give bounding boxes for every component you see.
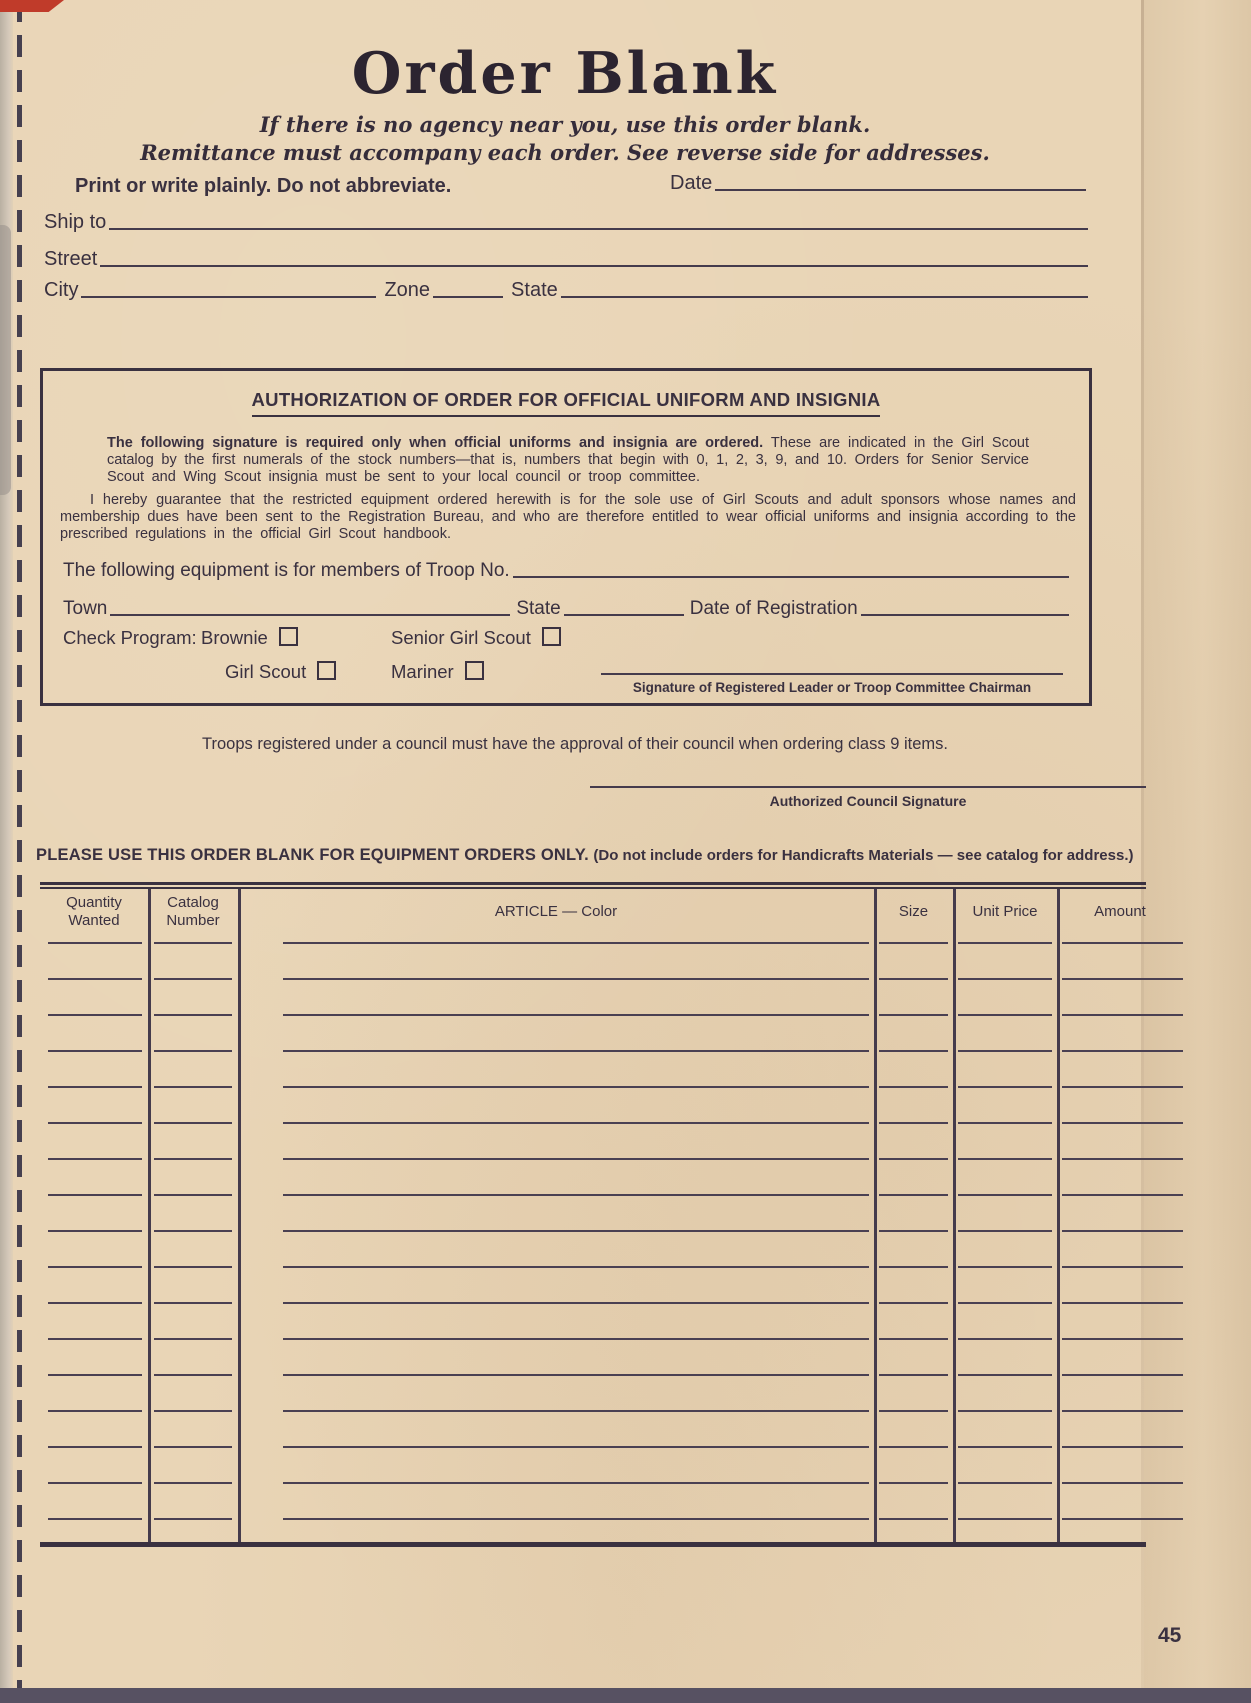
size-write-line[interactable] bbox=[879, 1302, 948, 1304]
program-girl-scout-label: Girl Scout bbox=[225, 661, 306, 682]
amount-write-line[interactable] bbox=[1062, 1050, 1183, 1052]
quantity-write-line[interactable] bbox=[48, 1194, 142, 1196]
authorization-paragraph-1-bold: The following signature is required only… bbox=[107, 435, 763, 451]
size-write-line[interactable] bbox=[879, 1266, 948, 1268]
unit-price-write-line[interactable] bbox=[958, 1050, 1052, 1052]
authorization-paragraph-2: I hereby guarantee that the restricted e… bbox=[60, 492, 1076, 543]
council-signature-block: Authorized Council Signature bbox=[590, 770, 1146, 809]
catalog-write-line[interactable] bbox=[154, 1410, 232, 1412]
article-write-line[interactable] bbox=[283, 1122, 869, 1124]
quantity-write-line[interactable] bbox=[48, 1014, 142, 1016]
unit-price-write-line[interactable] bbox=[958, 1194, 1052, 1196]
size-write-line[interactable] bbox=[879, 1014, 948, 1016]
authorization-box: AUTHORIZATION OF ORDER FOR OFFICIAL UNIF… bbox=[40, 368, 1092, 706]
article-write-line[interactable] bbox=[283, 1014, 869, 1016]
size-write-line[interactable] bbox=[879, 1338, 948, 1340]
quantity-write-line[interactable] bbox=[48, 1158, 142, 1160]
unit-price-write-line[interactable] bbox=[958, 1518, 1052, 1520]
size-write-line[interactable] bbox=[879, 978, 948, 980]
amount-write-line[interactable] bbox=[1062, 1518, 1183, 1520]
troop-number-label: The following equipment is for members o… bbox=[63, 561, 510, 581]
leader-signature-line[interactable] bbox=[601, 665, 1063, 675]
program-mariner-label: Mariner bbox=[391, 661, 454, 682]
size-write-line[interactable] bbox=[879, 1410, 948, 1412]
city-label: City bbox=[44, 280, 78, 301]
amount-write-line[interactable] bbox=[1062, 1338, 1183, 1340]
quantity-write-line[interactable] bbox=[48, 1266, 142, 1268]
paper-edge-shadow bbox=[0, 225, 11, 495]
quantity-write-line[interactable] bbox=[48, 1050, 142, 1052]
column-header-article: ARTICLE — Color bbox=[238, 903, 874, 921]
equipment-only-notice: PLEASE USE THIS ORDER BLANK FOR EQUIPMEN… bbox=[36, 846, 1176, 865]
amount-write-line[interactable] bbox=[1062, 1374, 1183, 1376]
article-write-line[interactable] bbox=[283, 1338, 869, 1340]
ship-to-label: Ship to bbox=[44, 212, 106, 233]
zone-input-line[interactable] bbox=[433, 296, 503, 298]
catalog-write-line[interactable] bbox=[154, 1230, 232, 1232]
article-write-line[interactable] bbox=[283, 1410, 869, 1412]
catalog-write-line[interactable] bbox=[154, 1014, 232, 1016]
order-blank-page: Order Blank If there is no agency near y… bbox=[0, 0, 1251, 1703]
catalog-write-line[interactable] bbox=[154, 978, 232, 980]
column-divider bbox=[1057, 889, 1060, 1542]
quantity-write-line[interactable] bbox=[48, 978, 142, 980]
quantity-write-line[interactable] bbox=[48, 942, 142, 944]
catalog-write-line[interactable] bbox=[154, 1374, 232, 1376]
state-label: State bbox=[511, 280, 558, 301]
catalog-write-line[interactable] bbox=[154, 942, 232, 944]
size-write-line[interactable] bbox=[879, 1194, 948, 1196]
quantity-write-line[interactable] bbox=[48, 1302, 142, 1304]
catalog-write-line[interactable] bbox=[154, 1266, 232, 1268]
size-write-line[interactable] bbox=[879, 1518, 948, 1520]
article-write-line[interactable] bbox=[283, 1194, 869, 1196]
red-corner-accent bbox=[0, 0, 64, 12]
column-divider bbox=[238, 889, 241, 1542]
unit-price-write-line[interactable] bbox=[958, 942, 1052, 944]
size-write-line[interactable] bbox=[879, 1230, 948, 1232]
page-number: 45 bbox=[1158, 1624, 1181, 1648]
registration-date-input-line[interactable] bbox=[861, 614, 1069, 616]
equipment-only-notice-main: PLEASE USE THIS ORDER BLANK FOR EQUIPMEN… bbox=[36, 846, 589, 864]
catalog-write-line[interactable] bbox=[154, 1518, 232, 1520]
unit-price-write-line[interactable] bbox=[958, 1374, 1052, 1376]
date-input-line[interactable] bbox=[715, 189, 1086, 191]
town-label: Town bbox=[63, 599, 107, 619]
quantity-write-line[interactable] bbox=[48, 1518, 142, 1520]
article-write-line[interactable] bbox=[283, 942, 869, 944]
amount-write-line[interactable] bbox=[1062, 1230, 1183, 1232]
column-header-amount: Amount bbox=[1057, 903, 1183, 921]
equipment-only-notice-paren: (Do not include orders for Handicrafts M… bbox=[593, 847, 1133, 864]
amount-write-line[interactable] bbox=[1062, 1158, 1183, 1160]
quantity-write-line[interactable] bbox=[48, 1122, 142, 1124]
catalog-write-line[interactable] bbox=[154, 1122, 232, 1124]
troop-state-input-line[interactable] bbox=[564, 614, 684, 616]
unit-price-write-line[interactable] bbox=[958, 1410, 1052, 1412]
troop-number-input-line[interactable] bbox=[513, 576, 1069, 578]
article-write-line[interactable] bbox=[283, 1158, 869, 1160]
town-input-line[interactable] bbox=[110, 614, 510, 616]
column-header-catalog: CatalogNumber bbox=[148, 894, 238, 930]
amount-write-line[interactable] bbox=[1062, 1194, 1183, 1196]
amount-write-line[interactable] bbox=[1062, 1122, 1183, 1124]
mariner-checkbox[interactable] bbox=[465, 661, 484, 680]
table-top-rule bbox=[40, 882, 1146, 889]
subtitle-line-2: Remittance must accompany each order. Se… bbox=[0, 140, 1130, 165]
size-write-line[interactable] bbox=[879, 1050, 948, 1052]
print-plainly-instruction: Print or write plainly. Do not abbreviat… bbox=[75, 176, 451, 197]
page-title: Order Blank bbox=[0, 40, 1130, 107]
size-write-line[interactable] bbox=[879, 942, 948, 944]
catalog-write-line[interactable] bbox=[154, 1482, 232, 1484]
council-approval-note: Troops registered under a council must h… bbox=[60, 735, 1090, 754]
column-divider bbox=[148, 889, 151, 1542]
catalog-write-line[interactable] bbox=[154, 1158, 232, 1160]
column-header-unit-price: Unit Price bbox=[953, 903, 1057, 921]
quantity-write-line[interactable] bbox=[48, 1446, 142, 1448]
unit-price-write-line[interactable] bbox=[958, 978, 1052, 980]
size-write-line[interactable] bbox=[879, 1446, 948, 1448]
brownie-checkbox[interactable] bbox=[279, 627, 298, 646]
subtitle-line-1: If there is no agency near you, use this… bbox=[0, 112, 1130, 137]
check-program-label: Check Program: bbox=[63, 627, 197, 649]
council-signature-caption: Authorized Council Signature bbox=[590, 793, 1146, 809]
column-divider bbox=[874, 889, 877, 1542]
unit-price-write-line[interactable] bbox=[958, 1014, 1052, 1016]
amount-write-line[interactable] bbox=[1062, 1266, 1183, 1268]
quantity-write-line[interactable] bbox=[48, 1482, 142, 1484]
amount-write-line[interactable] bbox=[1062, 978, 1183, 980]
article-write-line[interactable] bbox=[283, 978, 869, 980]
unit-price-write-line[interactable] bbox=[958, 1338, 1052, 1340]
amount-write-line[interactable] bbox=[1062, 1302, 1183, 1304]
article-write-line[interactable] bbox=[283, 1518, 869, 1520]
order-table: QuantityWanted CatalogNumber ARTICLE — C… bbox=[40, 882, 1146, 1550]
catalog-write-line[interactable] bbox=[154, 1302, 232, 1304]
authorization-heading: AUTHORIZATION OF ORDER FOR OFFICIAL UNIF… bbox=[252, 389, 881, 417]
article-write-line[interactable] bbox=[283, 1446, 869, 1448]
city-input-line[interactable] bbox=[81, 296, 376, 298]
authorization-paragraph-1: The following signature is required only… bbox=[107, 435, 1029, 486]
registration-date-label: Date of Registration bbox=[690, 599, 858, 619]
size-write-line[interactable] bbox=[879, 1158, 948, 1160]
article-write-line[interactable] bbox=[283, 1302, 869, 1304]
scan-bottom-band bbox=[0, 1688, 1251, 1703]
article-write-line[interactable] bbox=[283, 1050, 869, 1052]
girl-scout-checkbox[interactable] bbox=[317, 661, 336, 680]
catalog-write-line[interactable] bbox=[154, 1338, 232, 1340]
catalog-write-line[interactable] bbox=[154, 1194, 232, 1196]
unit-price-write-line[interactable] bbox=[958, 1266, 1052, 1268]
amount-write-line[interactable] bbox=[1062, 1446, 1183, 1448]
state-input-line[interactable] bbox=[561, 296, 1088, 298]
unit-price-write-line[interactable] bbox=[958, 1158, 1052, 1160]
unit-price-write-line[interactable] bbox=[958, 1086, 1052, 1088]
amount-write-line[interactable] bbox=[1062, 1410, 1183, 1412]
program-mariner-item: Mariner bbox=[391, 661, 484, 683]
council-signature-line[interactable] bbox=[590, 770, 1146, 788]
program-brownie-item: Brownie bbox=[201, 627, 298, 649]
size-write-line[interactable] bbox=[879, 1122, 948, 1124]
program-brownie-label: Brownie bbox=[201, 627, 268, 648]
quantity-write-line[interactable] bbox=[48, 1374, 142, 1376]
unit-price-write-line[interactable] bbox=[958, 1302, 1052, 1304]
perforation-dash-line bbox=[17, 0, 22, 1703]
street-label: Street bbox=[44, 249, 97, 270]
catalog-write-line[interactable] bbox=[154, 1086, 232, 1088]
unit-price-write-line[interactable] bbox=[958, 1482, 1052, 1484]
column-header-quantity: QuantityWanted bbox=[40, 894, 148, 930]
amount-write-line[interactable] bbox=[1062, 1086, 1183, 1088]
unit-price-write-line[interactable] bbox=[958, 1446, 1052, 1448]
article-write-line[interactable] bbox=[283, 1230, 869, 1232]
column-header-size: Size bbox=[874, 903, 953, 921]
quantity-write-line[interactable] bbox=[48, 1338, 142, 1340]
leader-signature-caption: Signature of Registered Leader or Troop … bbox=[601, 680, 1063, 695]
program-senior-label: Senior Girl Scout bbox=[391, 627, 531, 648]
catalog-write-line[interactable] bbox=[154, 1446, 232, 1448]
quantity-write-line[interactable] bbox=[48, 1086, 142, 1088]
zone-label: Zone bbox=[384, 280, 430, 301]
date-label: Date bbox=[670, 173, 712, 194]
ship-to-input-line[interactable] bbox=[109, 228, 1088, 230]
quantity-write-line[interactable] bbox=[48, 1230, 142, 1232]
catalog-write-line[interactable] bbox=[154, 1050, 232, 1052]
article-write-line[interactable] bbox=[283, 1374, 869, 1376]
amount-write-line[interactable] bbox=[1062, 1482, 1183, 1484]
size-write-line[interactable] bbox=[879, 1374, 948, 1376]
column-divider bbox=[953, 889, 956, 1542]
program-senior-item: Senior Girl Scout bbox=[391, 627, 561, 649]
unit-price-write-line[interactable] bbox=[958, 1122, 1052, 1124]
size-write-line[interactable] bbox=[879, 1482, 948, 1484]
troop-state-label: State bbox=[516, 599, 560, 619]
street-input-line[interactable] bbox=[100, 265, 1088, 267]
program-girl-scout-item: Girl Scout bbox=[225, 661, 336, 683]
amount-write-line[interactable] bbox=[1062, 942, 1183, 944]
article-write-line[interactable] bbox=[283, 1482, 869, 1484]
size-write-line[interactable] bbox=[879, 1086, 948, 1088]
table-bottom-rule bbox=[40, 1542, 1146, 1547]
article-write-line[interactable] bbox=[283, 1266, 869, 1268]
leader-signature-block: Signature of Registered Leader or Troop … bbox=[601, 665, 1063, 695]
unit-price-write-line[interactable] bbox=[958, 1230, 1052, 1232]
senior-girl-scout-checkbox[interactable] bbox=[542, 627, 561, 646]
quantity-write-line[interactable] bbox=[48, 1410, 142, 1412]
article-write-line[interactable] bbox=[283, 1086, 869, 1088]
amount-write-line[interactable] bbox=[1062, 1014, 1183, 1016]
